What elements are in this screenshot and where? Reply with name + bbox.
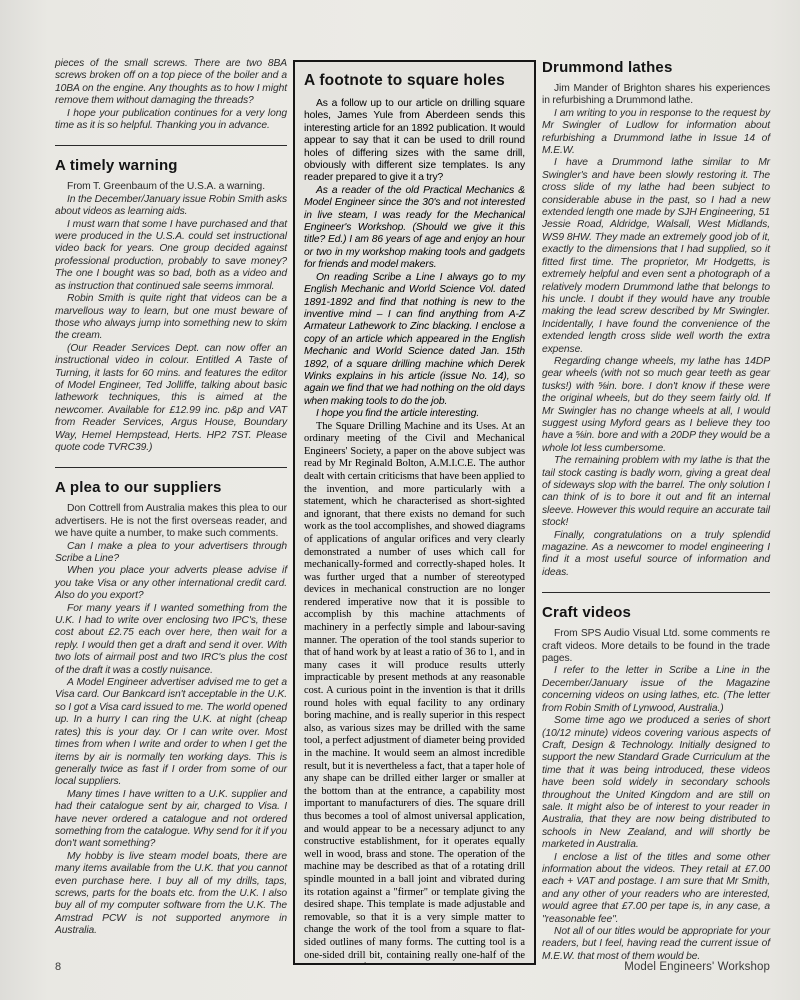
paragraph: When you place your adverts please advis…	[55, 565, 287, 602]
paragraph: Many times I have written to a U.K. supp…	[55, 789, 287, 851]
right-column: Drummond lathesJim Mander of Brighton sh…	[542, 55, 770, 963]
paragraph: Don Cottrell from Australia makes this p…	[55, 503, 287, 540]
paragraph: The Square Drilling Machine and its Uses…	[304, 421, 525, 965]
paragraph: Jim Mander of Brighton shares his experi…	[542, 83, 770, 108]
section-heading: A footnote to square holes	[304, 72, 525, 90]
section-rule	[542, 592, 770, 593]
magazine-page: pieces of the small screws. There are tw…	[0, 0, 800, 1000]
paragraph: From T. Greenbaum of the U.S.A. a warnin…	[55, 181, 287, 193]
paragraph: pieces of the small screws. There are tw…	[55, 58, 287, 108]
paragraph: As a follow up to our article on drillin…	[304, 98, 525, 185]
section-heading: Drummond lathes	[542, 59, 770, 76]
paragraph: A Model Engineer advertiser advised me t…	[55, 677, 287, 789]
paragraph: On reading Scribe a Line I always go to …	[304, 272, 525, 408]
paragraph: My hobby is live steam model boats, ther…	[55, 851, 287, 938]
paragraph: I have a Drummond lathe similar to Mr Sw…	[542, 157, 770, 356]
section-heading: A plea to our suppliers	[55, 479, 287, 496]
paragraph: Regarding change wheels, my lathe has 14…	[542, 356, 770, 455]
paragraph: (Our Reader Services Dept. can now offer…	[55, 343, 287, 455]
magazine-title-footer: Model Engineers' Workshop	[624, 961, 770, 973]
paragraph: I hope you find the article interesting.	[304, 408, 525, 420]
paragraph: I hope your publication continues for a …	[55, 108, 287, 133]
paragraph: Not all of our titles would be appropria…	[542, 926, 770, 963]
section-heading: A timely warning	[55, 157, 287, 174]
square-holes-boxed-article: A footnote to square holesAs a follow up…	[293, 60, 536, 965]
page-number: 8	[55, 961, 61, 973]
paragraph: The remaining problem with my lathe is t…	[542, 455, 770, 529]
paragraph: Some time ago we produced a series of sh…	[542, 715, 770, 851]
section-rule	[55, 467, 287, 468]
paragraph: Can I make a plea to your advertisers th…	[55, 541, 287, 566]
paragraph: For many years if I wanted something fro…	[55, 603, 287, 677]
paragraph: I enclose a list of the titles and some …	[542, 852, 770, 926]
paragraph: I am writing to you in response to the r…	[542, 108, 770, 158]
paragraph: From SPS Audio Visual Ltd. some comments…	[542, 628, 770, 665]
section-heading: Craft videos	[542, 604, 770, 621]
section-rule	[55, 145, 287, 146]
paragraph: I must warn that some I have purchased a…	[55, 219, 287, 293]
paragraph: I refer to the letter in Scribe a Line i…	[542, 665, 770, 715]
paragraph: As a reader of the old Practical Mechani…	[304, 185, 525, 272]
left-column: pieces of the small screws. There are tw…	[55, 58, 287, 938]
paragraph: In the December/January issue Robin Smit…	[55, 194, 287, 219]
paragraph: Finally, congratulations on a truly sple…	[542, 530, 770, 580]
paragraph: Robin Smith is quite right that videos c…	[55, 293, 287, 343]
